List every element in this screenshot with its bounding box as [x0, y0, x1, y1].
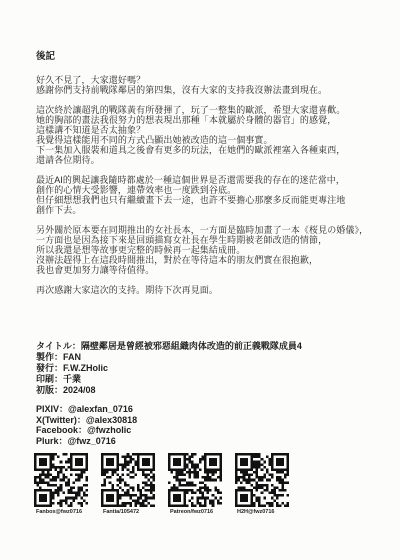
social-handle: @alexfan_0716: [68, 404, 133, 414]
afterword-paragraph: 好久不見了，大家還好嗎？ 感謝你們支持前戰隊鄰居的第四集，沒有大家的支持我沒辦法…: [36, 75, 370, 95]
social-label: Plurk：: [36, 436, 68, 446]
afterword-paragraph: 這次終於讓超乳的戰隊黃有所發揮了，玩了一整集的歐派，希望大家還喜歡。 她的胸部的…: [36, 105, 370, 165]
colophon-label: 製作：: [36, 352, 63, 362]
qr-item-fantia: Fantia/105472: [101, 453, 155, 515]
qr-code-icon: [101, 453, 155, 507]
colophon-block: タイトル：隔壁鄰居是曾經被邪惡組織肉体改造的前正義戰隊成員4 製作：FAN 發行…: [36, 341, 370, 396]
colophon-label: 印刷：: [36, 374, 63, 384]
qr-code-icon: [235, 453, 289, 507]
qr-caption: Fantia/105472: [101, 509, 155, 515]
afterword-body: 好久不見了，大家還好嗎？ 感謝你們支持前戰隊鄰居的第四集，沒有大家的支持我沒辦法…: [36, 75, 370, 295]
colophon-value: 千業: [63, 374, 81, 384]
social-facebook: Facebook：@fwzholic: [36, 425, 370, 436]
qr-code-icon: [34, 453, 88, 507]
qr-caption: Patreon/fwz0716: [168, 509, 222, 515]
afterword-page: 後記 好久不見了，大家還好嗎？ 感謝你們支持前戰隊鄰居的第四集，沒有大家的支持我…: [0, 0, 400, 560]
social-twitter: X(Twitter)：@alex30818: [36, 415, 370, 426]
colophon-label: 初版：: [36, 385, 63, 395]
colophon-title-row: タイトル：隔壁鄰居是曾經被邪惡組織肉体改造的前正義戰隊成員4: [36, 341, 370, 352]
social-links-block: PIXIV：@alexfan_0716 X(Twitter)：@alex3081…: [36, 404, 370, 446]
qr-code-icon: [168, 453, 222, 507]
social-plurk: Plurk：@fwz_0716: [36, 436, 370, 447]
social-handle: @fwzholic: [87, 425, 131, 435]
qr-item-h2h: H2H@fwz0716: [235, 453, 289, 515]
social-label: PIXIV：: [36, 404, 68, 414]
colophon-publisher-row: 發行：F.W.ZHolic: [36, 363, 370, 374]
social-pixiv: PIXIV：@alexfan_0716: [36, 404, 370, 415]
colophon-value: FAN: [63, 352, 81, 362]
qr-caption: Fanbox@fwz0716: [34, 509, 88, 515]
colophon-printer-row: 印刷：千業: [36, 374, 370, 385]
afterword-paragraph: 再次感謝大家這次的支持。期待下次再見面。: [36, 285, 370, 295]
colophon-value: 隔壁鄰居是曾經被邪惡組織肉体改造的前正義戰隊成員4: [81, 341, 302, 351]
colophon-value: F.W.ZHolic: [63, 363, 108, 373]
page-title: 後記: [36, 48, 370, 62]
afterword-paragraph: 最近AI的興起讓我隨時都處於一種這個世界是否還需要我的存在的迷茫當中， 創作的心…: [36, 175, 370, 215]
qr-caption: H2H@fwz0716: [235, 509, 289, 515]
qr-code-row: Fanbox@fwz0716 Fantia/105472 Patreon/fwz…: [34, 453, 370, 515]
social-handle: @fwz_0716: [68, 436, 116, 446]
social-label: Facebook：: [36, 425, 87, 435]
colophon-label: 發行：: [36, 363, 63, 373]
social-label: X(Twitter)：: [36, 415, 86, 425]
colophon-label: タイトル：: [36, 341, 81, 351]
qr-item-fanbox: Fanbox@fwz0716: [34, 453, 88, 515]
qr-item-patreon: Patreon/fwz0716: [168, 453, 222, 515]
afterword-paragraph: 另外關於原本要在同期推出的女社長本，一方面是臨時加畫了一本《桜見の婚儀》， 一方…: [36, 225, 370, 275]
social-handle: @alex30818: [86, 415, 137, 425]
colophon-edition-row: 初版：2024/08: [36, 385, 370, 396]
colophon-value: 2024/08: [63, 385, 96, 395]
colophon-maker-row: 製作：FAN: [36, 352, 370, 363]
